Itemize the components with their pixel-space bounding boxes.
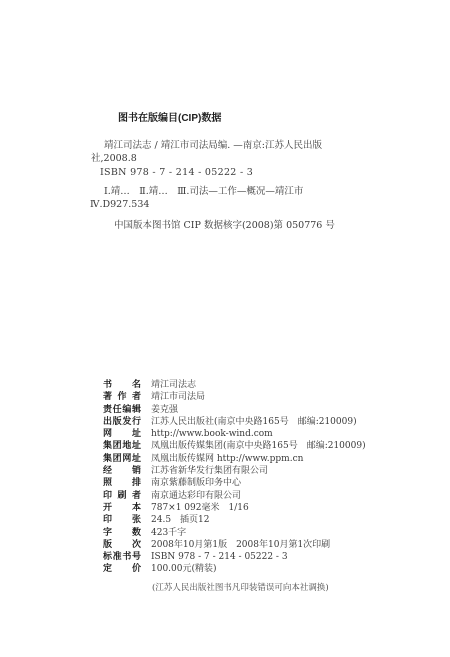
colophon-row: 经销 江苏省新华发行集团有限公司 — [103, 464, 373, 476]
colophon-field-label: 集团网址 — [103, 452, 141, 464]
colophon-field-label: 著作者 — [103, 390, 141, 402]
cip-classification-line-1: Ⅰ.靖… Ⅱ.靖… Ⅲ.司法—工作—概况—靖江市 — [104, 186, 303, 198]
colophon-row: 网址 http://www.book-wind.com — [103, 427, 373, 439]
colophon-row: 印张 24.5 插页12 — [103, 513, 373, 525]
cip-title: 图书在版编目(CIP)数据 — [118, 113, 221, 125]
colophon-row: 印刷者 南京通达彩印有限公司 — [103, 489, 373, 501]
colophon-field-value: 100.00元(精装) — [151, 563, 217, 575]
colophon-field-value: 江苏人民出版社(南京中央路165号 邮编:210009) — [151, 416, 357, 428]
colophon-field-value: 靖江市司法局 — [151, 391, 205, 403]
colophon-row: 书名 靖江司法志 — [103, 378, 373, 390]
colophon-field-value: 787×1 092毫米 1/16 — [151, 502, 249, 514]
colophon-field-label: 经销 — [103, 464, 141, 476]
colophon-field-value: 2008年10月第1版 2008年10月第1次印刷 — [151, 539, 330, 551]
colophon-field-value: 南京通达彩印有限公司 — [151, 490, 241, 502]
cip-description-line-1: 靖江司法志 / 靖江市司法局编. —南京:江苏人民出版 — [104, 140, 322, 152]
colophon-row: 开本 787×1 092毫米 1/16 — [103, 501, 373, 513]
colophon-row: 出版发行 江苏人民出版社(南京中央路165号 邮编:210009) — [103, 415, 373, 427]
colophon-row: 责任编辑 姜克强 — [103, 403, 373, 415]
cip-isbn-line: ISBN 978 - 7 - 214 - 05222 - 3 — [100, 167, 253, 179]
colophon-row: 字数 423千字 — [103, 526, 373, 538]
colophon-field-label: 印张 — [103, 513, 141, 525]
colophon-field-value: ISBN 978 - 7 - 214 - 05222 - 3 — [151, 551, 288, 563]
colophon-field-label: 责任编辑 — [103, 403, 141, 415]
colophon-field-label: 书名 — [103, 378, 141, 390]
colophon-field-value: http://www.book-wind.com — [151, 428, 273, 440]
colophon-field-label: 网址 — [103, 427, 141, 439]
colophon-field-value: 江苏省新华发行集团有限公司 — [151, 465, 268, 477]
colophon-row: 集团地址 凤凰出版传媒集团(南京中央路165号 邮编:210009) — [103, 439, 373, 451]
colophon-footnote: (江苏人民出版社图书凡印装错误可向本社调换) — [152, 581, 329, 593]
colophon-field-value: 24.5 插页12 — [151, 514, 210, 526]
cip-description-line-2: 社,2008.8 — [91, 153, 137, 165]
colophon-field-value: 423千字 — [151, 527, 186, 539]
colophon-field-label: 出版发行 — [103, 415, 141, 427]
colophon-field-label: 定价 — [103, 562, 141, 574]
colophon-field-label: 开本 — [103, 501, 141, 513]
colophon-field-label: 照排 — [103, 476, 141, 488]
cip-classification-line-2: Ⅳ.D927.534 — [90, 199, 149, 211]
colophon-section: 书名 靖江司法志 著作者 靖江市司法局 责任编辑 姜克强 出版发行 江苏人民出版… — [103, 378, 373, 575]
cip-record-number-line: 中国版本图书馆 CIP 数据核字(2008)第 050776 号 — [114, 220, 335, 232]
book-copyright-page: 图书在版编目(CIP)数据 靖江司法志 / 靖江市司法局编. —南京:江苏人民出… — [0, 0, 450, 657]
colophon-row: 标准书号 ISBN 978 - 7 - 214 - 05222 - 3 — [103, 550, 373, 562]
colophon-field-value: 姜克强 — [151, 404, 178, 416]
colophon-field-value: 南京紫藤制版印务中心 — [151, 477, 241, 489]
colophon-field-value: 凤凰出版传媒网 http://www.ppm.cn — [151, 453, 303, 465]
colophon-field-label: 标准书号 — [103, 550, 141, 562]
colophon-row: 定价 100.00元(精装) — [103, 562, 373, 574]
colophon-row: 集团网址 凤凰出版传媒网 http://www.ppm.cn — [103, 452, 373, 464]
colophon-row: 照排 南京紫藤制版印务中心 — [103, 476, 373, 488]
colophon-row: 著作者 靖江市司法局 — [103, 390, 373, 402]
colophon-field-label: 字数 — [103, 526, 141, 538]
colophon-field-label: 集团地址 — [103, 439, 141, 451]
colophon-field-label: 印刷者 — [103, 489, 141, 501]
colophon-field-label: 版次 — [103, 538, 141, 550]
colophon-row: 版次 2008年10月第1版 2008年10月第1次印刷 — [103, 538, 373, 550]
colophon-field-value: 凤凰出版传媒集团(南京中央路165号 邮编:210009) — [151, 440, 366, 452]
colophon-field-value: 靖江司法志 — [151, 379, 196, 391]
